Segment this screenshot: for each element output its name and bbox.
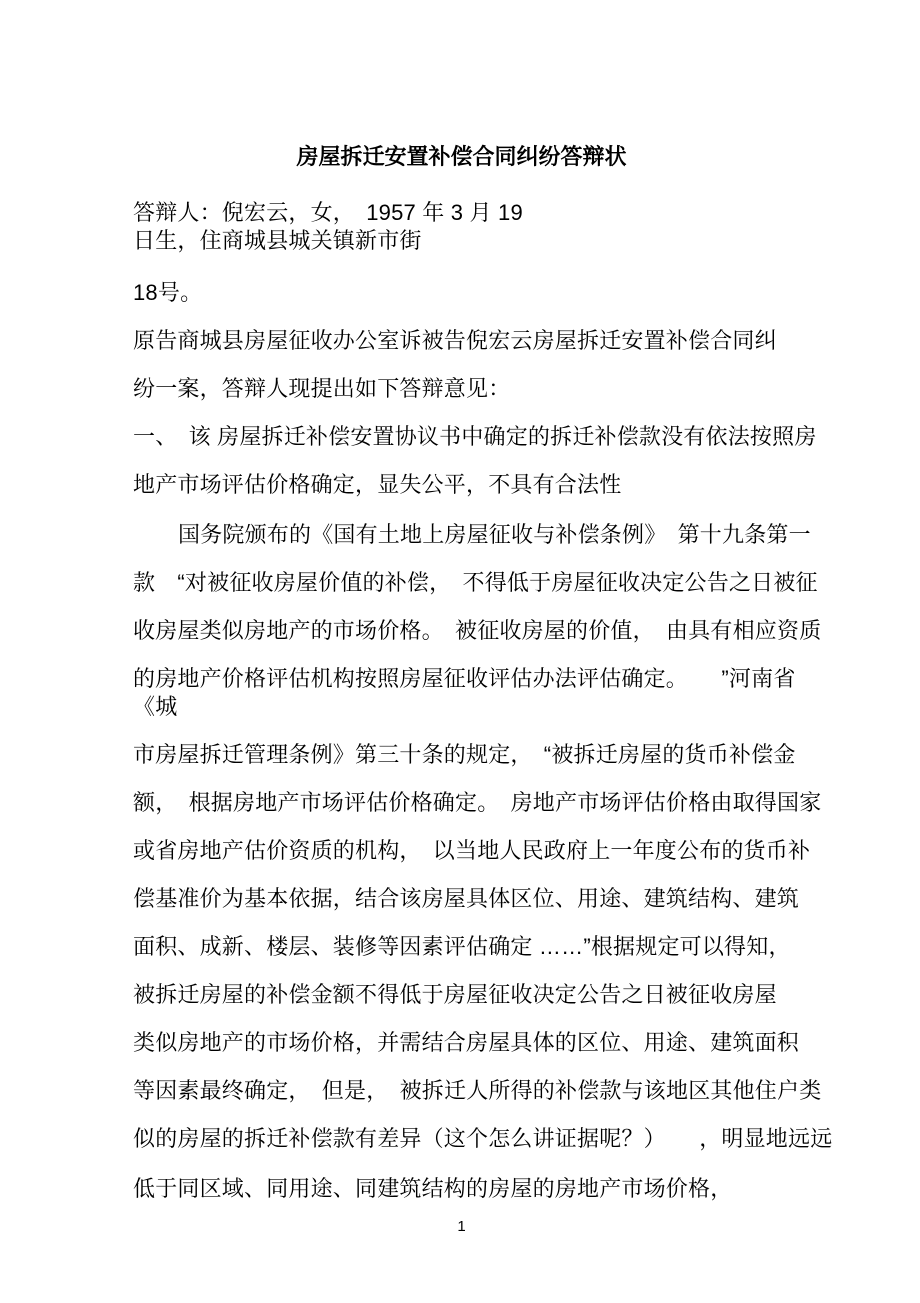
document-body: 答辩人：倪宏云，女， 1957 年 3 月 19日生，住商城县城关镇新市街18号… <box>133 199 790 1203</box>
text-line: 被拆迁房屋的补偿金额不得低于房屋征收决定公告之日被征收房屋 <box>133 981 790 1009</box>
page-number: 1 <box>133 1217 790 1237</box>
text-line: 答辩人：倪宏云，女， 1957 年 3 月 19 <box>133 199 790 227</box>
text-line: 日生，住商城县城关镇新市街 <box>133 227 790 255</box>
text-line: 市房屋拆迁管理条例》第三十条的规定， “被拆迁房屋的货币补偿金 <box>133 741 790 769</box>
text-line: 等因素最终确定， 但是， 被拆迁人所得的补偿款与该地区其他住户类 <box>133 1077 790 1105</box>
text-line: 的房地产价格评估机构按照房屋征收评估办法评估确定。 ”河南省 <box>133 665 790 693</box>
text-line: 类似房地产的市场价格，并需结合房屋具体的区位、用途、建筑面积 <box>133 1029 790 1057</box>
text-line: 额， 根据房地产市场评估价格确定。 房地产市场评估价格由取得国家 <box>133 789 790 817</box>
text-line: 似的房屋的拆迁补偿款有差异（这个怎么讲证据呢？） ，明显地远远 <box>133 1125 790 1153</box>
text-line: 《城 <box>133 693 790 721</box>
document-title: 房屋拆迁安置补偿合同纠纷答辩状 <box>133 143 790 171</box>
text-line: 地产市场评估价格确定，显失公平，不具有合法性 <box>133 471 790 499</box>
document-page: 房屋拆迁安置补偿合同纠纷答辩状 答辩人：倪宏云，女， 1957 年 3 月 19… <box>0 0 920 1303</box>
text-line: 国务院颁布的《国有土地上房屋征收与补偿条例》 第十九条第一 <box>133 521 790 549</box>
text-line: 款 “对被征收房屋价值的补偿， 不得低于房屋征收决定公告之日被征 <box>133 569 790 597</box>
text-line: 收房屋类似房地产的市场价格。 被征收房屋的价值， 由具有相应资质 <box>133 617 790 645</box>
text-line: 纷一案，答辩人现提出如下答辩意见： <box>133 375 790 403</box>
text-line: 18号。 <box>133 279 790 307</box>
text-line: 一、 该 房屋拆迁补偿安置协议书中确定的拆迁补偿款没有依法按照房 <box>133 423 790 451</box>
text-line: 原告商城县房屋征收办公室诉被告倪宏云房屋拆迁安置补偿合同纠 <box>133 327 790 355</box>
text-line: 低于同区域、同用途、同建筑结构的房屋的房地产市场价格， <box>133 1175 790 1203</box>
text-line: 偿基准价为基本依据，结合该房屋具体区位、用途、建筑结构、建筑 <box>133 885 790 913</box>
text-line: 面积、成新、楼层、装修等因素评估确定 ……”根据规定可以得知， <box>133 933 790 961</box>
text-line: 或省房地产估价资质的机构， 以当地人民政府上一年度公布的货币补 <box>133 837 790 865</box>
